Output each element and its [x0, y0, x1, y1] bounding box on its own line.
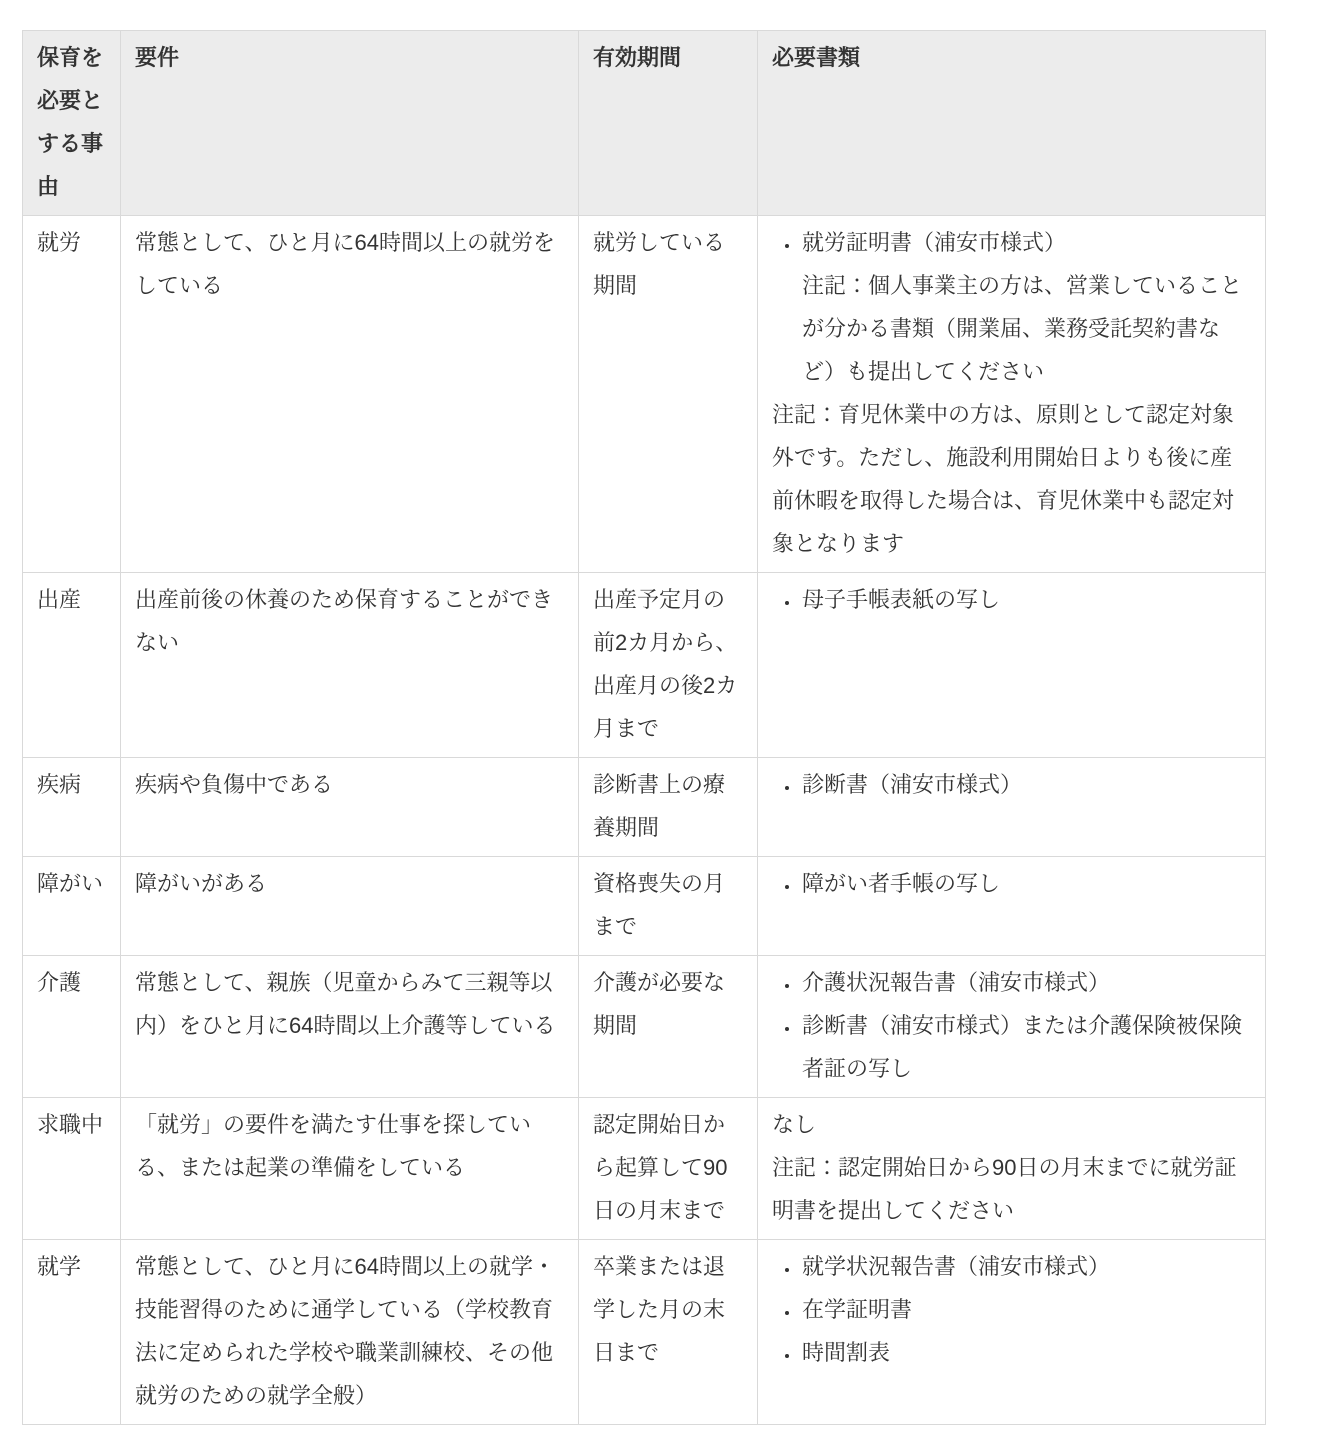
reason-cell: 就労: [23, 216, 121, 573]
documents-list: 診断書（浦安市様式）: [772, 763, 1251, 806]
period-cell: 認定開始日から起算して90日の月末まで: [579, 1098, 758, 1240]
document-item: 時間割表: [800, 1331, 1251, 1374]
header-row: 保育を必要とする事由 要件 有効期間 必要書類: [23, 31, 1266, 216]
documents-text: なし: [772, 1103, 1251, 1146]
period-cell: 就労している期間: [579, 216, 758, 573]
reason-cell: 障がい: [23, 857, 121, 956]
requirement-cell: 常態として、親族（児童からみて三親等以内）をひと月に64時間以上介護等している: [121, 956, 579, 1098]
requirement-cell: 「就労」の要件を満たす仕事を探している、または起業の準備をしている: [121, 1098, 579, 1240]
documents-note: 注記：認定開始日から90日の月末までに就労証明書を提出してください: [772, 1146, 1251, 1232]
requirement-cell: 常態として、ひと月に64時間以上の就学・技能習得のために通学している（学校教育法…: [121, 1240, 579, 1425]
col-header-period: 有効期間: [579, 31, 758, 216]
reason-cell: 就学: [23, 1240, 121, 1425]
documents-list: 介護状況報告書（浦安市様式）診断書（浦安市様式）または介護保険被保険者証の写し: [772, 961, 1251, 1090]
document-item: 在学証明書: [800, 1288, 1251, 1331]
period-cell: 介護が必要な期間: [579, 956, 758, 1098]
documents-cell: なし注記：認定開始日から90日の月末までに就労証明書を提出してください: [758, 1098, 1266, 1240]
col-header-documents: 必要書類: [758, 31, 1266, 216]
reason-cell: 介護: [23, 956, 121, 1098]
document-item: 就労証明書（浦安市様式）注記：個人事業主の方は、営業していることが分かる書類（開…: [800, 221, 1251, 393]
period-cell: 卒業または退学した月の末日まで: [579, 1240, 758, 1425]
requirement-cell: 出産前後の休養のため保育することができない: [121, 573, 579, 758]
document-item: 介護状況報告書（浦安市様式）: [800, 961, 1251, 1004]
documents-list: 障がい者手帳の写し: [772, 862, 1251, 905]
documents-cell: 介護状況報告書（浦安市様式）診断書（浦安市様式）または介護保険被保険者証の写し: [758, 956, 1266, 1098]
documents-cell: 就学状況報告書（浦安市様式）在学証明書時間割表: [758, 1240, 1266, 1425]
table-row: 求職中「就労」の要件を満たす仕事を探している、または起業の準備をしている認定開始…: [23, 1098, 1266, 1240]
period-cell: 診断書上の療養期間: [579, 758, 758, 857]
documents-cell: 障がい者手帳の写し: [758, 857, 1266, 956]
table-row: 障がい障がいがある資格喪失の月まで障がい者手帳の写し: [23, 857, 1266, 956]
table-row: 就労常態として、ひと月に64時間以上の就労をしている就労している期間就労証明書（…: [23, 216, 1266, 573]
col-header-reason: 保育を必要とする事由: [23, 31, 121, 216]
documents-note: 注記：育児休業中の方は、原則として認定対象外です。ただし、施設利用開始日よりも後…: [772, 393, 1251, 565]
table-row: 介護常態として、親族（児童からみて三親等以内）をひと月に64時間以上介護等してい…: [23, 956, 1266, 1098]
documents-cell: 診断書（浦安市様式）: [758, 758, 1266, 857]
documents-list: 就労証明書（浦安市様式）注記：個人事業主の方は、営業していることが分かる書類（開…: [772, 221, 1251, 393]
document-item: 診断書（浦安市様式）または介護保険被保険者証の写し: [800, 1004, 1251, 1090]
requirement-cell: 障がいがある: [121, 857, 579, 956]
reason-cell: 疾病: [23, 758, 121, 857]
childcare-reasons-table: 保育を必要とする事由 要件 有効期間 必要書類 就労常態として、ひと月に64時間…: [22, 30, 1266, 1425]
reason-cell: 出産: [23, 573, 121, 758]
table-row: 出産出産前後の休養のため保育することができない出産予定月の前2カ月から、出産月の…: [23, 573, 1266, 758]
table-row: 就学常態として、ひと月に64時間以上の就学・技能習得のために通学している（学校教…: [23, 1240, 1266, 1425]
documents-list: 母子手帳表紙の写し: [772, 578, 1251, 621]
documents-cell: 母子手帳表紙の写し: [758, 573, 1266, 758]
table-header: 保育を必要とする事由 要件 有効期間 必要書類: [23, 31, 1266, 216]
document-item: 就学状況報告書（浦安市様式）: [800, 1245, 1251, 1288]
document-item: 障がい者手帳の写し: [800, 862, 1251, 905]
documents-cell: 就労証明書（浦安市様式）注記：個人事業主の方は、営業していることが分かる書類（開…: [758, 216, 1266, 573]
table-body: 就労常態として、ひと月に64時間以上の就労をしている就労している期間就労証明書（…: [23, 216, 1266, 1425]
period-cell: 出産予定月の前2カ月から、出産月の後2カ月まで: [579, 573, 758, 758]
page: 保育を必要とする事由 要件 有効期間 必要書類 就労常態として、ひと月に64時間…: [0, 0, 1329, 1455]
document-item: 母子手帳表紙の写し: [800, 578, 1251, 621]
requirement-cell: 常態として、ひと月に64時間以上の就労をしている: [121, 216, 579, 573]
period-cell: 資格喪失の月まで: [579, 857, 758, 956]
col-header-requirement: 要件: [121, 31, 579, 216]
requirement-cell: 疾病や負傷中である: [121, 758, 579, 857]
reason-cell: 求職中: [23, 1098, 121, 1240]
document-item: 診断書（浦安市様式）: [800, 763, 1251, 806]
table-row: 疾病疾病や負傷中である診断書上の療養期間診断書（浦安市様式）: [23, 758, 1266, 857]
documents-list: 就学状況報告書（浦安市様式）在学証明書時間割表: [772, 1245, 1251, 1374]
